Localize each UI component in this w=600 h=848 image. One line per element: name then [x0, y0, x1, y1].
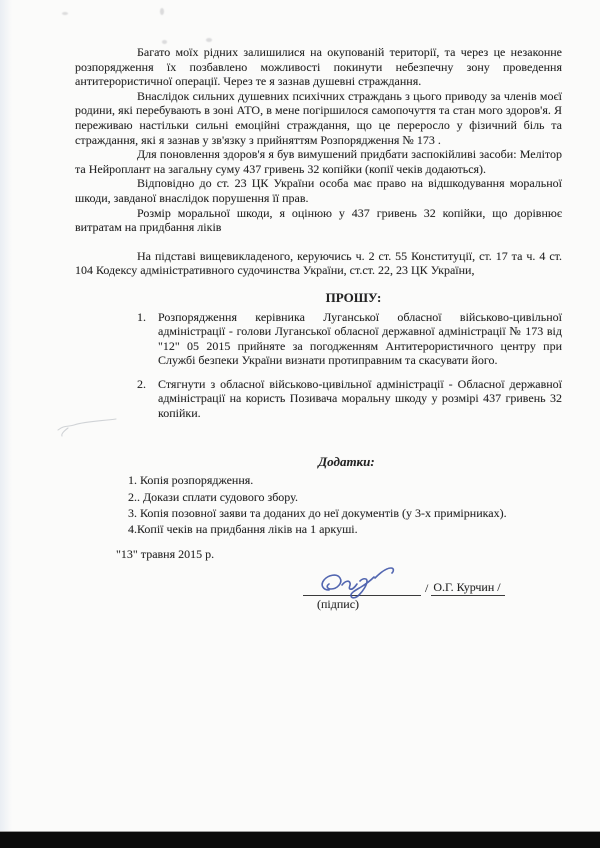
scan-speck	[62, 12, 68, 15]
petition-item-text: Розпорядження керівника Луганської облас…	[158, 310, 562, 368]
petition-item-1: 1. Розпорядження керівника Луганської об…	[75, 310, 562, 368]
petition-item-number: 2.	[137, 377, 158, 421]
appendix-item-2: 2.. Докази сплати судового збору.	[128, 489, 562, 505]
petition-list: 1. Розпорядження керівника Луганської об…	[75, 310, 562, 421]
appendix-item-1: 1. Копія розпорядження.	[128, 472, 562, 488]
petition-item-number: 1.	[137, 310, 158, 368]
paragraph-mental-suffering: Внаслідок сильних душевних психічних стр…	[75, 89, 562, 147]
legal-basis-paragraph: На підставі вищевикладеного, керуючись ч…	[75, 249, 562, 278]
paragraph-relatives-occupied-territory: Багато моїх рідних залишилися на окупова…	[75, 45, 562, 89]
paragraph-moral-damage-amount: Розмір моральної шкоди, я оцінюю у 437 г…	[75, 206, 562, 235]
signature-block: / О.Г. Курчин /	[303, 580, 562, 596]
petition-item-text: Стягнути з обласної військово-цивільної …	[158, 377, 562, 421]
petition-item-2: 2. Стягнути з обласної військово-цивільн…	[75, 377, 562, 421]
appendix-item-3: 3. Копія позовної заяви та доданих до не…	[128, 505, 562, 521]
signatory-name: О.Г. Курчин /	[431, 580, 504, 596]
scanner-edge-strip	[0, 832, 600, 848]
appendix-item-4: 4.Копії чеків на придбання ліків на 1 ар…	[128, 521, 562, 537]
document-content: Багато моїх рідних залишилися на окупова…	[75, 45, 562, 612]
scan-speck	[160, 8, 164, 15]
scanned-document-page: Багато моїх рідних залишилися на окупова…	[0, 0, 600, 848]
signature-separator: /	[425, 581, 428, 596]
scan-speck	[206, 38, 212, 42]
handwritten-signature	[315, 566, 411, 600]
petition-heading: ПРОШУ:	[110, 291, 597, 306]
paragraph-medicine-purchase: Для поновлення здоров'я я був вимушений …	[75, 147, 562, 176]
pencil-mark	[52, 410, 124, 442]
appendix-heading: Додатки:	[103, 455, 590, 470]
scan-speck	[162, 40, 167, 44]
document-date: "13" травня 2015 р.	[116, 547, 562, 562]
signature-line	[303, 581, 421, 596]
scan-left-edge-shadow	[0, 0, 12, 848]
paragraph-civil-code-right: Відповідно до ст. 23 ЦК України особа ма…	[75, 176, 562, 205]
appendix-section: Додатки: 1. Копія розпорядження. 2.. Док…	[75, 455, 562, 538]
